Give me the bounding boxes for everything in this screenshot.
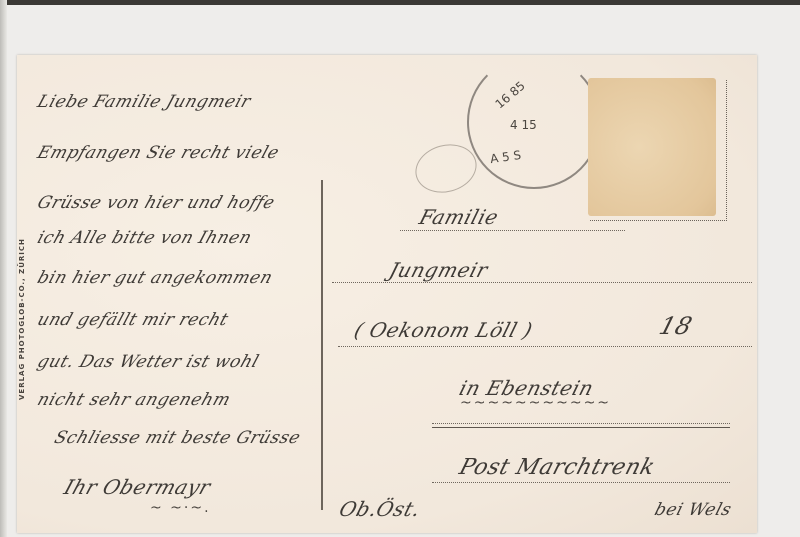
publisher-imprint: VERLAG PHOTOGLOB-CO., ZÜRICH [18,238,26,400]
center-divider [321,180,323,510]
signature: Ihr Obermayr [61,475,214,499]
address-rule [432,423,730,424]
message-line: bin hier gut angekommen [35,268,276,288]
address-country: Ob.Öst. [337,497,424,521]
address-line: bei Wels [652,500,734,520]
message-line: gut. Das Wetter ist wohl [35,352,262,372]
stamp-remnant [588,78,716,216]
postmark-date: 4 15 [510,118,537,132]
address-line: Familie [417,205,502,229]
message-line: nicht sehr angenehm [35,390,233,410]
address-rule [332,282,752,283]
message-line: ich Alle bitte von Ihnen [35,228,255,248]
scan-top-edge [0,0,800,5]
address-rule [400,230,625,231]
message-line: Grüsse von hier und hoffe [35,193,278,213]
message-line: und gefällt mir recht [35,310,231,330]
address-rule-double [432,427,730,428]
scan-left-edge [0,0,7,537]
message-line: Empfangen Sie recht viele [35,143,282,163]
address-rule [432,482,730,483]
message-line: Schliesse mit beste Grüsse [52,428,303,448]
signature-flourish: ~ ~·~. [150,500,211,516]
address-line: Jungmeir [387,258,491,282]
address-line: Post Marchtrenk [456,455,657,480]
message-line: Liebe Familie Jungmeir [35,92,254,112]
underline-flourish: ~~~~~~~~~~~ [460,395,611,411]
address-line: ( Oekonom Löll ) [352,318,536,342]
address-rule [338,346,752,347]
